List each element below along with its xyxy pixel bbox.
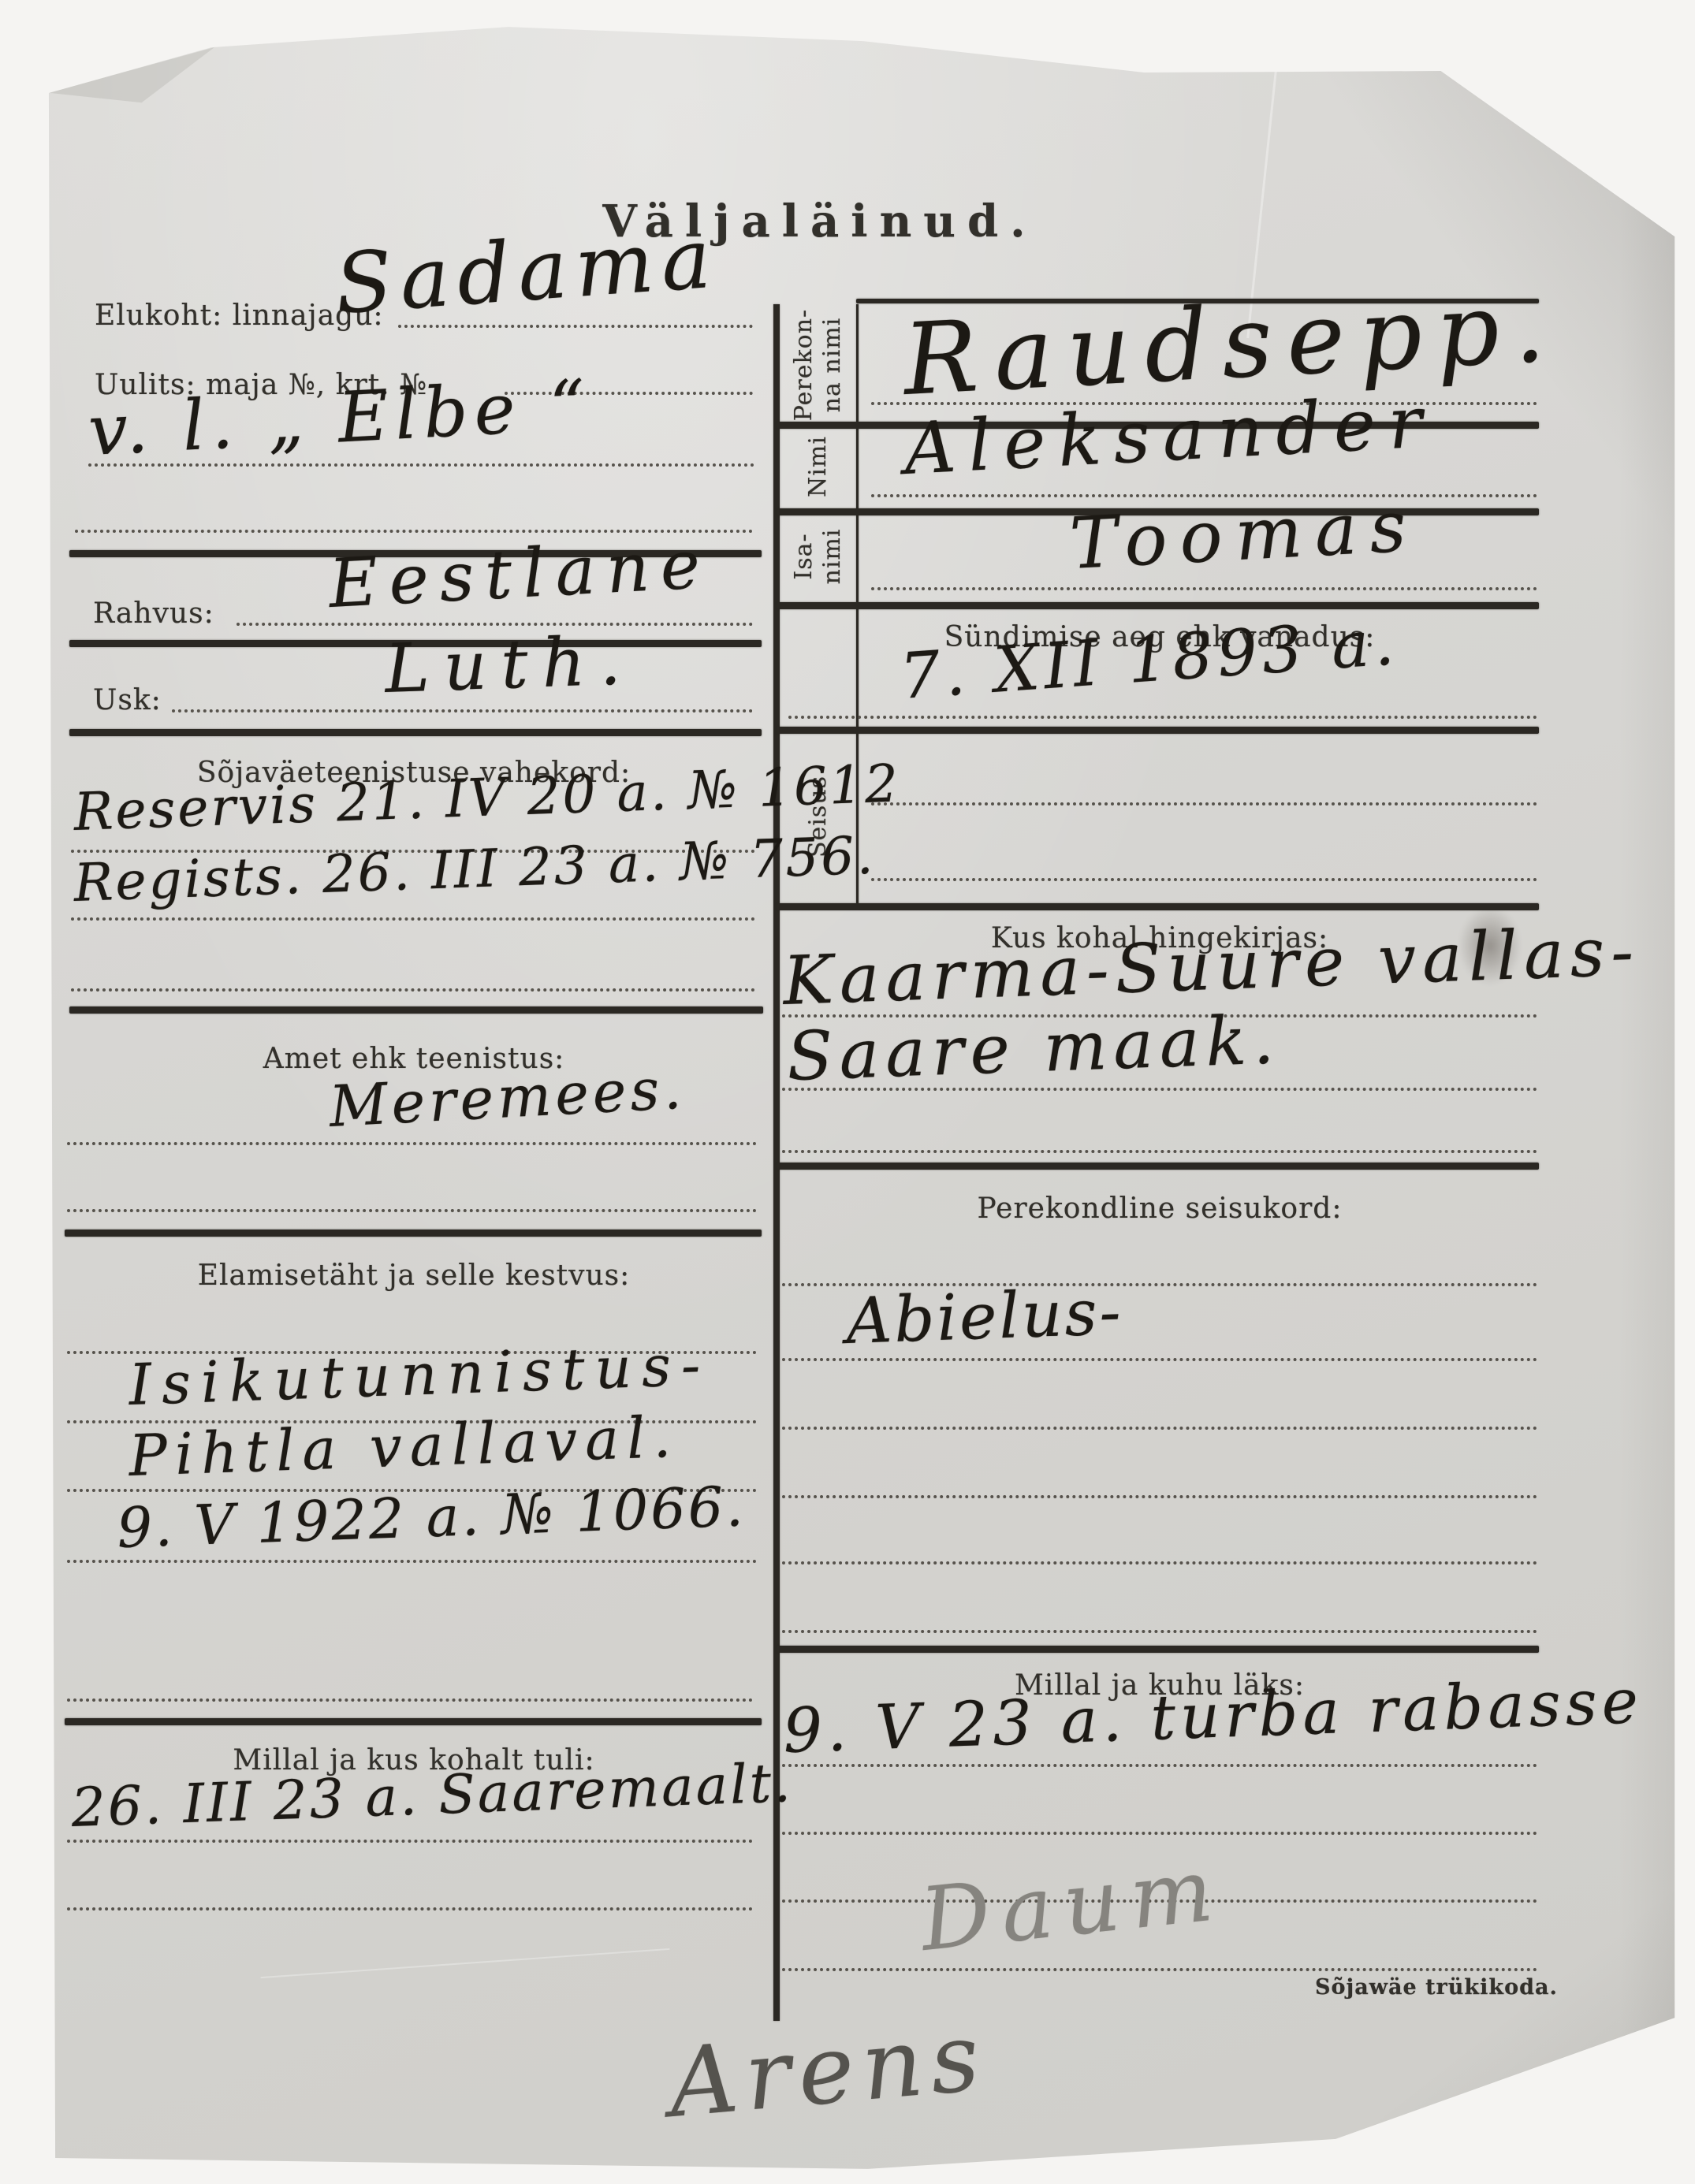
perekondline-header: Perekondline seisukord: [780, 1192, 1539, 1225]
dotted-rule [782, 1764, 1537, 1767]
usk-label: Usk: [93, 684, 162, 716]
dotted-rule [67, 1840, 753, 1843]
dotted-rule [782, 1427, 1537, 1430]
pencil-note: Daum [916, 1838, 1228, 1970]
hingekirjas-entry-2: Saare maak. [786, 1001, 1282, 1096]
horizontal-rule [777, 1163, 1539, 1170]
dotted-rule [871, 878, 1537, 881]
signature: Arens [665, 2002, 991, 2139]
horizontal-rule [777, 903, 1539, 910]
dotted-rule [172, 709, 753, 712]
elukoht-entry: Sadama [332, 210, 721, 333]
elamisetaht-entry-2: Pihtla vallaval. [128, 1404, 680, 1489]
dotted-rule [782, 1968, 1537, 1971]
dotted-rule [782, 1630, 1537, 1633]
dotted-rule [71, 988, 755, 992]
horizontal-rule [69, 729, 762, 736]
isa-nimi-label: Isa- nimi [739, 478, 897, 635]
torn-corner-fold [49, 47, 214, 106]
dotted-rule [71, 917, 755, 921]
horizontal-rule [65, 1718, 762, 1725]
horizontal-rule [777, 727, 1539, 734]
horizontal-rule [69, 1006, 763, 1014]
dotted-rule [782, 1358, 1537, 1361]
dotted-rule [788, 716, 1537, 719]
scanned-document: Väljaläinud. [0, 0, 1695, 2184]
dotted-rule [871, 802, 1537, 806]
dotted-rule [67, 1907, 753, 1911]
dotted-rule [398, 325, 753, 328]
dotted-rule [782, 1561, 1537, 1565]
elamisetaht-entry-3: 9. V 1922 a. № 1066. [116, 1474, 747, 1561]
dotted-rule [782, 1495, 1537, 1498]
dotted-rule [237, 623, 753, 626]
dotted-rule [67, 1698, 753, 1702]
rahvus-label: Rahvus: [93, 597, 214, 630]
dotted-rule [782, 1150, 1537, 1153]
dotted-rule [67, 1209, 757, 1212]
dotted-rule [782, 1832, 1537, 1835]
paper-sheet: Väljaläinud. [0, 0, 1695, 2184]
perekondline-entry: Abielus- [845, 1275, 1124, 1358]
printer-mark: Sõjawäe trükikoda. [1315, 1975, 1558, 2000]
isa-nimi-entry: Toomas [1068, 485, 1421, 586]
paper-crease [261, 1948, 670, 1978]
dotted-rule [871, 587, 1537, 590]
dotted-rule [67, 1560, 757, 1563]
rahvus-entry: Eestlane [327, 526, 713, 623]
dotted-rule [67, 1142, 757, 1145]
elamisetaht-header: Elamisetäht ja selle kestvus: [67, 1259, 761, 1292]
horizontal-rule [777, 1646, 1539, 1653]
usk-entry: Luth. [384, 622, 636, 709]
horizontal-rule [65, 1230, 762, 1237]
